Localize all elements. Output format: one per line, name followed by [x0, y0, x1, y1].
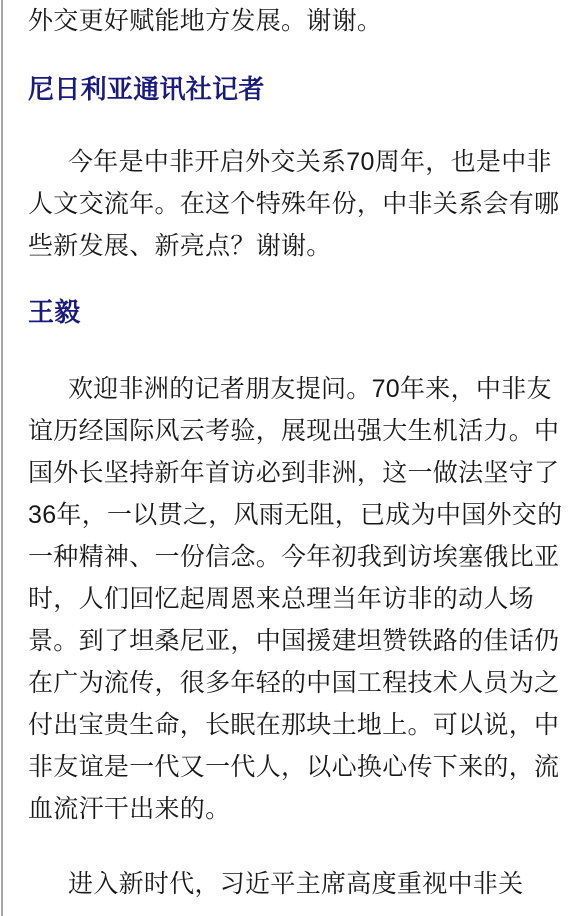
paragraph-reporter-question: 今年是中非开启外交关系70周年，也是中非人文交流年。在这个特殊年份，中非关系会有…: [28, 141, 564, 267]
speaker-heading-reporter: 尼日利亚通讯社记者: [28, 68, 564, 110]
paragraph-continuation: 外交更好赋能地方发展。谢谢。: [28, 0, 564, 42]
paragraph-wangyi-answer-1: 欢迎非洲的记者朋友提问。70年来，中非友谊历经国际风云考验，展现出强大生机活力。…: [28, 368, 564, 830]
paragraph-wangyi-answer-2: 进入新时代，习近平主席高度重视中非关: [28, 863, 564, 905]
article-body: 外交更好赋能地方发展。谢谢。 尼日利亚通讯社记者 今年是中非开启外交关系70周年…: [0, 0, 588, 905]
speaker-heading-wangyi: 王毅: [28, 291, 564, 333]
